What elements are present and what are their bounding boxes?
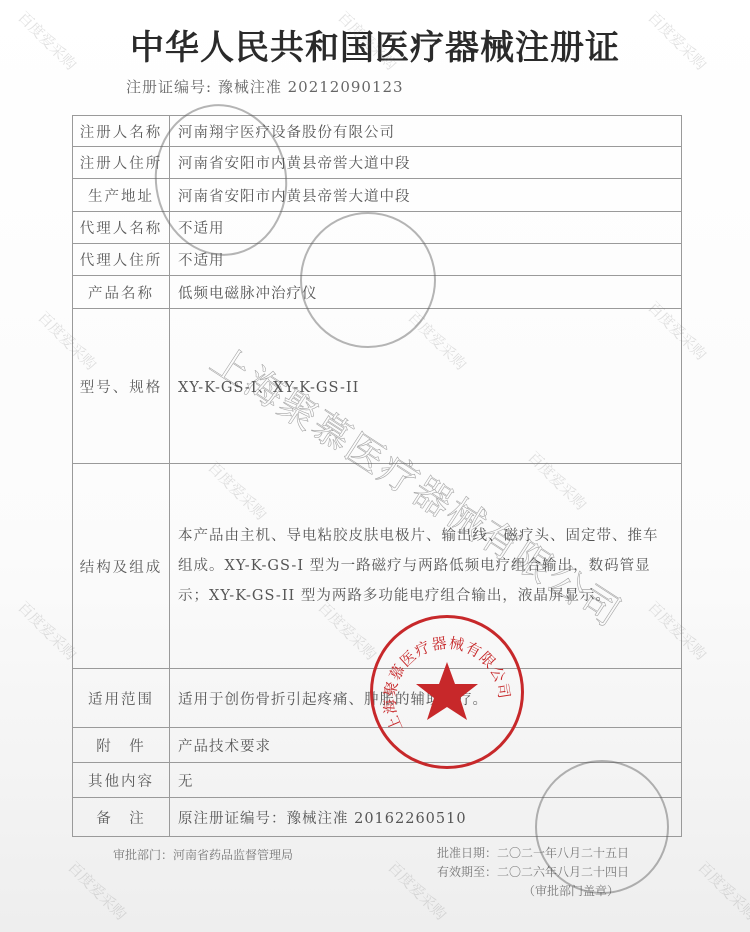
approval-date: 批准日期：二〇二一年八月二十五日 xyxy=(437,844,629,863)
valid-until: 有效期至：二〇二六年八月二十四日 xyxy=(437,863,629,882)
certificate-number-label: 注册证编号: xyxy=(126,78,212,96)
document-title: 中华人民共和国医疗器械注册证 xyxy=(0,20,750,69)
table-row: 其他内容无 xyxy=(73,763,682,798)
table-row: 附 件产品技术要求 xyxy=(73,728,682,763)
table-row: 代理人住所不适用 xyxy=(73,244,682,276)
table-row: 产品名称低频电磁脉冲治疗仪 xyxy=(73,276,682,309)
certificate-number-value: 豫械注准 20212090123 xyxy=(218,78,404,96)
field-value: 适用于创伤骨折引起疼痛、肿胀的辅助治疗。 xyxy=(170,669,682,728)
field-value: 河南省安阳市内黄县帝喾大道中段 xyxy=(170,179,682,212)
field-label: 结构及组成 xyxy=(73,464,170,669)
field-label: 其他内容 xyxy=(73,763,170,798)
table-row: 代理人名称不适用 xyxy=(73,212,682,244)
table-row: 备 注原注册证编号：豫械注准 20162260510 xyxy=(73,798,682,837)
table-row: 生产地址河南省安阳市内黄县帝喾大道中段 xyxy=(73,179,682,212)
field-value: 产品技术要求 xyxy=(170,728,682,763)
field-value: 无 xyxy=(170,763,682,798)
approval-department: 审批部门：河南省药品监督管理局 xyxy=(113,846,293,863)
field-value: 原注册证编号：豫械注准 20162260510 xyxy=(170,798,682,837)
field-label: 代理人住所 xyxy=(73,244,170,276)
repeat-watermark: 百度爱采购 xyxy=(64,857,132,925)
field-value: 河南翔宇医疗设备股份有限公司 xyxy=(170,116,682,147)
field-label: 备 注 xyxy=(73,798,170,837)
field-value: 不适用 xyxy=(170,244,682,276)
seal-note: （审批部门盖章） xyxy=(437,882,629,901)
field-value: 河南省安阳市内黄县帝喾大道中段 xyxy=(170,147,682,179)
field-label: 适用范围 xyxy=(73,669,170,728)
approval-dates: 批准日期：二〇二一年八月二十五日 有效期至：二〇二六年八月二十四日 （审批部门盖… xyxy=(437,844,629,901)
field-label: 生产地址 xyxy=(73,179,170,212)
field-value: 低频电磁脉冲治疗仪 xyxy=(170,276,682,309)
table-row: 适用范围适用于创伤骨折引起疼痛、肿胀的辅助治疗。 xyxy=(73,669,682,728)
field-label: 附 件 xyxy=(73,728,170,763)
table-row: 注册人住所河南省安阳市内黄县帝喾大道中段 xyxy=(73,147,682,179)
field-label: 代理人名称 xyxy=(73,212,170,244)
repeat-watermark: 百度爱采购 xyxy=(694,857,750,925)
certificate-page: 中华人民共和国医疗器械注册证 注册证编号: 豫械注准 20212090123 注… xyxy=(0,0,750,932)
field-label: 注册人住所 xyxy=(73,147,170,179)
field-label: 型号、规格 xyxy=(73,309,170,464)
field-value: 不适用 xyxy=(170,212,682,244)
certificate-number: 注册证编号: 豫械注准 20212090123 xyxy=(126,76,404,97)
field-label: 产品名称 xyxy=(73,276,170,309)
table-row: 注册人名称河南翔宇医疗设备股份有限公司 xyxy=(73,116,682,147)
field-label: 注册人名称 xyxy=(73,116,170,147)
